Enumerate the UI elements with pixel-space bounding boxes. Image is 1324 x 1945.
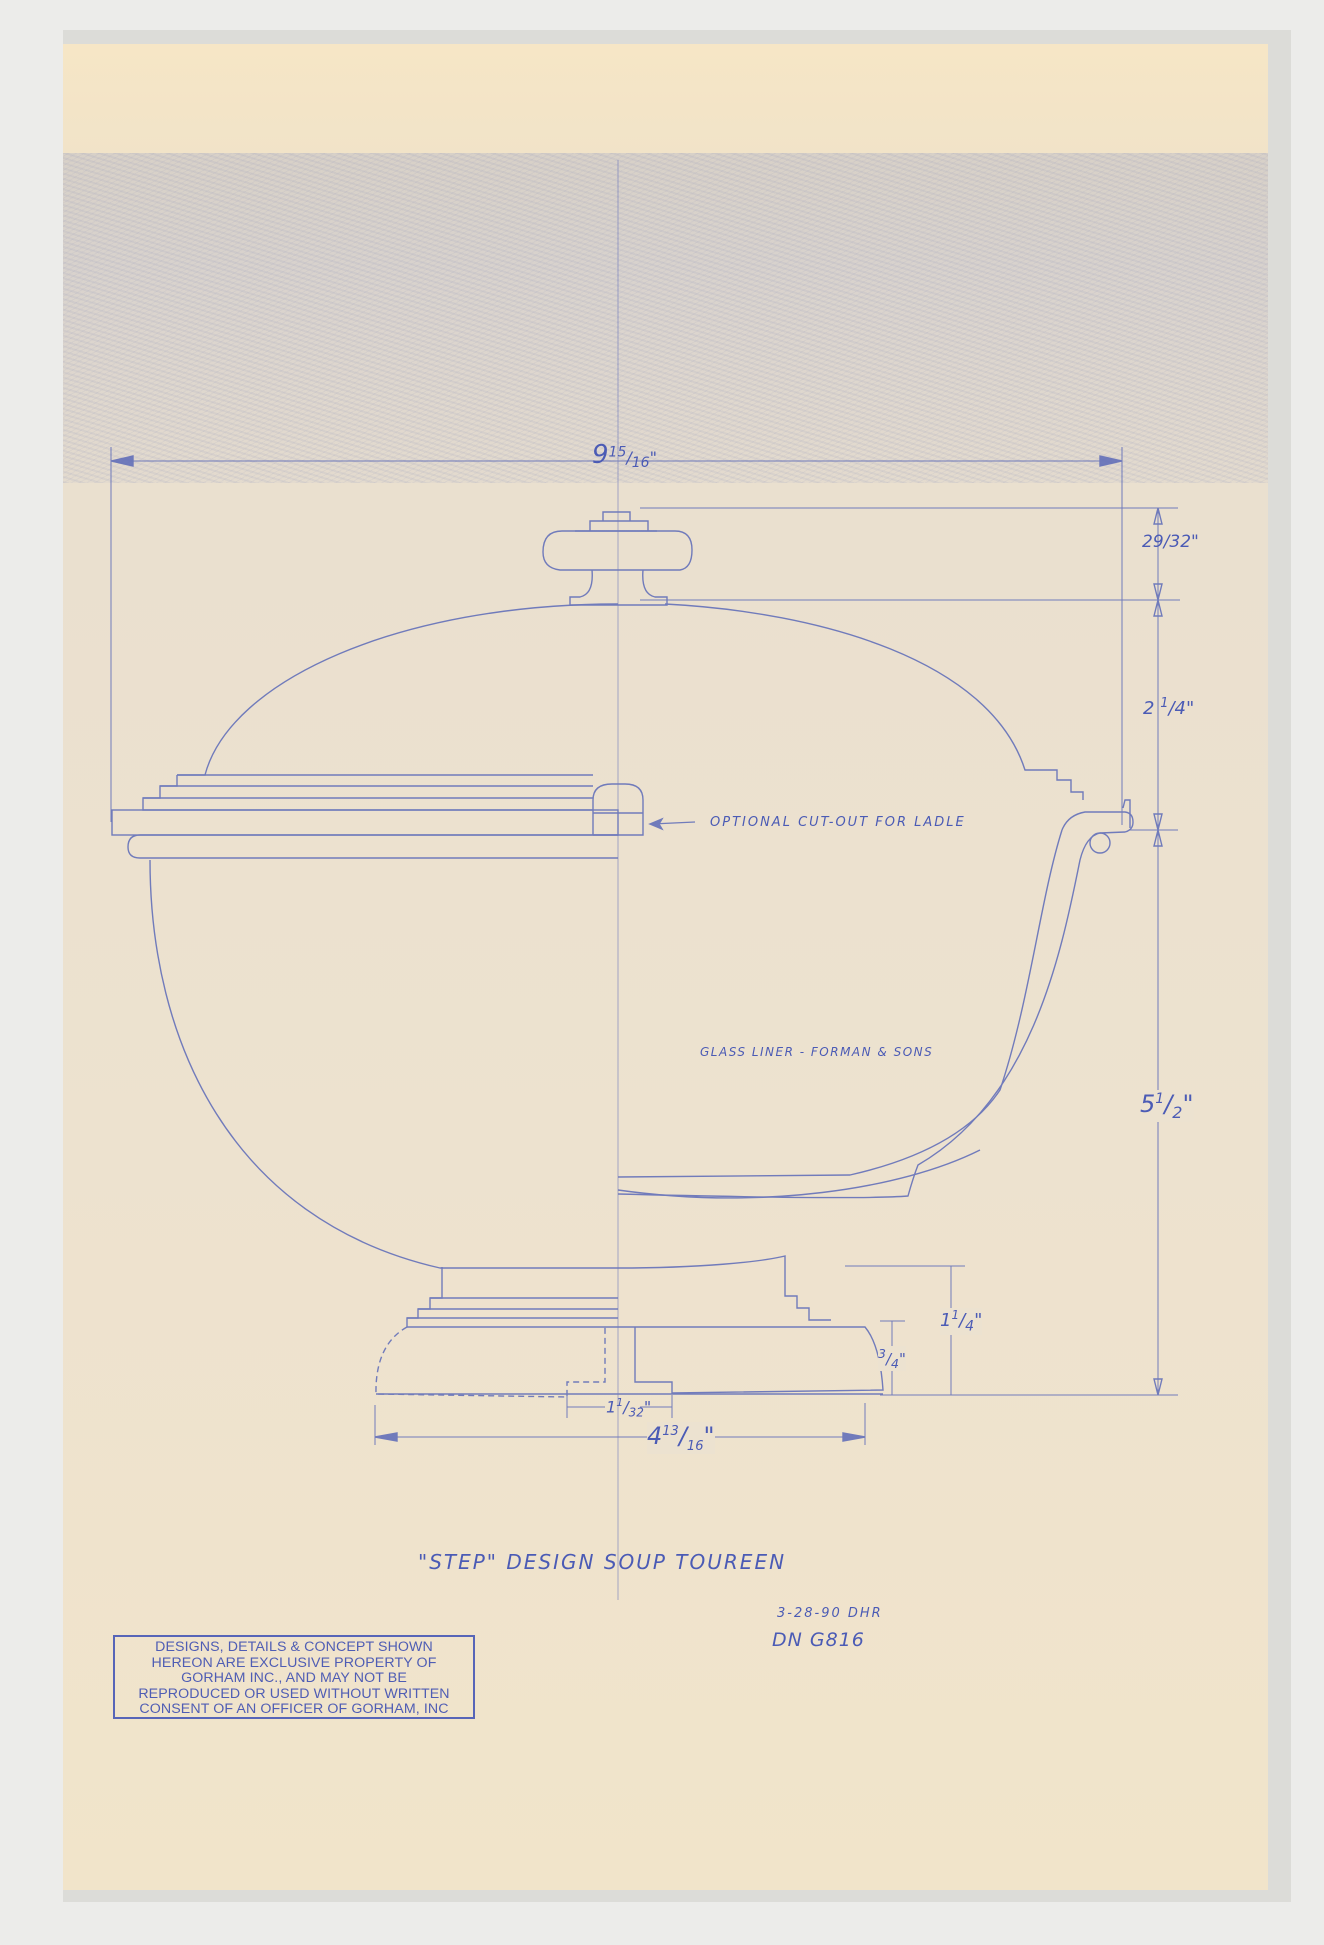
dim-knob-height: 29/32" bbox=[1142, 532, 1199, 552]
tureen-foot bbox=[376, 1267, 883, 1397]
design-number: DN G816 bbox=[772, 1629, 865, 1651]
dim-foot-inner-width: 11/32" bbox=[606, 1396, 651, 1420]
dim-foot-width: 413/16" bbox=[647, 1422, 715, 1454]
stamp-line: HEREON ARE EXCLUSIVE PROPERTY OF bbox=[115, 1656, 473, 1672]
stamp-line: DESIGNS, DETAILS & CONCEPT SHOWN bbox=[115, 1640, 473, 1656]
glass-liner-note: GLASS LINER - FORMAN & SONS bbox=[700, 1045, 933, 1059]
side-handle bbox=[618, 800, 1133, 1198]
stamp-line: CONSENT OF AN OFFICER OF GORHAM, INC bbox=[115, 1702, 473, 1718]
ladle-cutout-note: OPTIONAL CUT-OUT FOR LADLE bbox=[710, 815, 966, 830]
stamp-line: GORHAM INC., AND MAY NOT BE bbox=[115, 1671, 473, 1687]
dim-foot-base-height: 3/4" bbox=[878, 1346, 906, 1371]
dim-foot-height: 11/4" bbox=[940, 1308, 982, 1335]
dim-body-height: 51/2" bbox=[1140, 1090, 1194, 1122]
drawing-title: "STEP" DESIGN SOUP TOUREEN bbox=[418, 1550, 786, 1574]
proprietary-stamp: DESIGNS, DETAILS & CONCEPT SHOWN HEREON … bbox=[113, 1635, 475, 1719]
date-initials: 3-28-90 DHR bbox=[777, 1606, 883, 1621]
stamp-line: REPRODUCED OR USED WITHOUT WRITTEN bbox=[115, 1687, 473, 1703]
bowl-outline bbox=[150, 860, 618, 1268]
lid-dome bbox=[665, 604, 1083, 800]
dim-overall-width: 915/16" bbox=[592, 440, 657, 471]
dim-lid-height: 2 1/4" bbox=[1143, 696, 1194, 719]
